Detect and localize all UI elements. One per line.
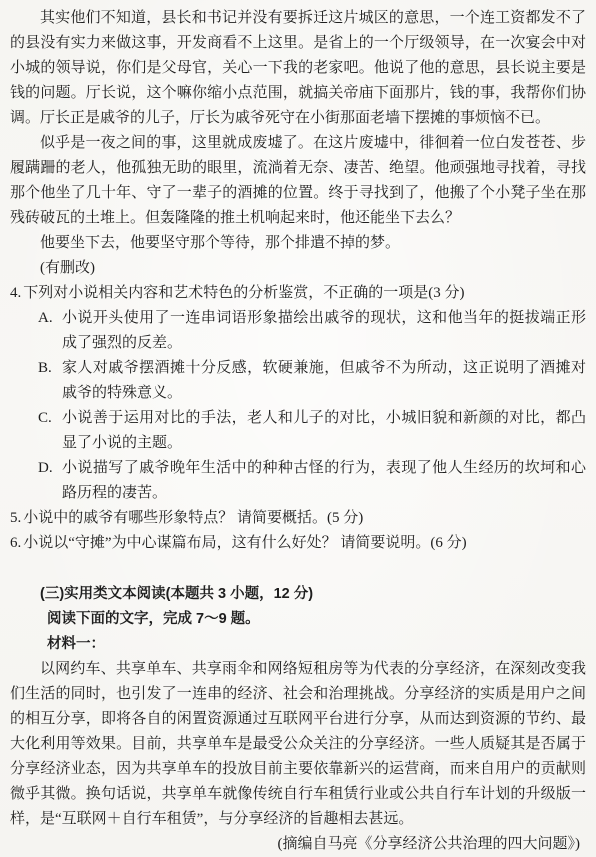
option-d-text: 小说描写了戚爷晚年生活中的种种古怪的行为，表现了他人生经历的坎坷和心路历程的凄苦… [62, 460, 586, 501]
option-b-label: B. [38, 356, 52, 381]
passage-paragraph: 似乎是一夜之间的事，这里就成废墟了。在这片废墟中，徘徊着一位白发苍苍、步履蹒跚的… [10, 131, 586, 231]
material-1-text: 以网约车、共享单车、共享雨伞和网络短租房等为代表的分享经济，在深刻改变我们生活的… [10, 657, 586, 832]
option-c-text: 小说善于运用对比的手法，老人和儿子的对比，小城旧貌和新颜的对比，都凸显了小说的主… [62, 410, 586, 451]
question-6-number: 6. [10, 535, 21, 551]
passage-source-note: (有删改) [10, 256, 586, 281]
material-1-label: 材料一： [10, 632, 586, 657]
passage-paragraph: 其实他们不知道，县长和书记并没有要拆迁这片城区的意思，一个连工资都发不了的县没有… [10, 6, 586, 131]
question-4-option-c: C. 小说善于运用对比的手法，老人和儿子的对比，小城旧貌和新颜的对比，都凸显了小… [10, 406, 586, 456]
exam-page: 其实他们不知道，县长和书记并没有要拆迁这片城区的意思，一个连工资都发不了的县没有… [0, 0, 596, 857]
option-a-text: 小说开头使用了一连串词语形象描绘出戚爷的现状，这和他当年的挺拔端正形成了强烈的反… [62, 310, 586, 351]
question-4-option-b: B. 家人对戚爷摆酒摊十分反感，软硬兼施，但戚爷不为所动，这正说明了酒摊对戚爷的… [10, 356, 586, 406]
option-d-label: D. [38, 456, 53, 481]
question-5-number: 5. [10, 510, 21, 526]
material-1-attribution: (摘编自马亮《分享经济公共治理的四大问题》) [10, 832, 586, 857]
option-c-label: C. [38, 406, 52, 431]
passage-paragraph: 他要坐下去，他要坚守那个等待，那个排遣不掉的梦。 [10, 231, 586, 256]
question-4-stem: 下列对小说相关内容和艺术特色的分析鉴赏，不正确的一项是(3 分) [23, 285, 464, 301]
question-4: 4.下列对小说相关内容和艺术特色的分析鉴赏，不正确的一项是(3 分) [10, 281, 586, 306]
option-b-text: 家人对戚爷摆酒摊十分反感，软硬兼施，但戚爷不为所动，这正说明了酒摊对戚爷的特殊意… [62, 360, 586, 401]
question-6-stem: 小说以“守摊”为中心谋篇布局，这有什么好处？ 请简要说明。(6 分) [23, 535, 466, 551]
section-3-instruction: 阅读下面的文字，完成 7～9 题。 [10, 607, 586, 632]
question-6: 6.小说以“守摊”为中心谋篇布局，这有什么好处？ 请简要说明。(6 分) [10, 531, 586, 556]
question-4-option-a: A. 小说开头使用了一连串词语形象描绘出戚爷的现状，这和他当年的挺拔端正形成了强… [10, 306, 586, 356]
section-3-heading: (三)实用类文本阅读(本题共 3 小题，12 分) [10, 582, 586, 607]
fiction-passage: 其实他们不知道，县长和书记并没有要拆迁这片城区的意思，一个连工资都发不了的县没有… [10, 6, 586, 281]
question-5: 5.小说中的戚爷有哪些形象特点？ 请简要概括。(5 分) [10, 506, 586, 531]
question-4-number: 4. [10, 285, 21, 301]
question-5-stem: 小说中的戚爷有哪些形象特点？ 请简要概括。(5 分) [23, 510, 363, 526]
option-a-label: A. [38, 306, 53, 331]
material-1-paragraph: 以网约车、共享单车、共享雨伞和网络短租房等为代表的分享经济，在深刻改变我们生活的… [10, 657, 586, 832]
question-4-option-d: D. 小说描写了戚爷晚年生活中的种种古怪的行为，表现了他人生经历的坎坷和心路历程… [10, 456, 586, 506]
